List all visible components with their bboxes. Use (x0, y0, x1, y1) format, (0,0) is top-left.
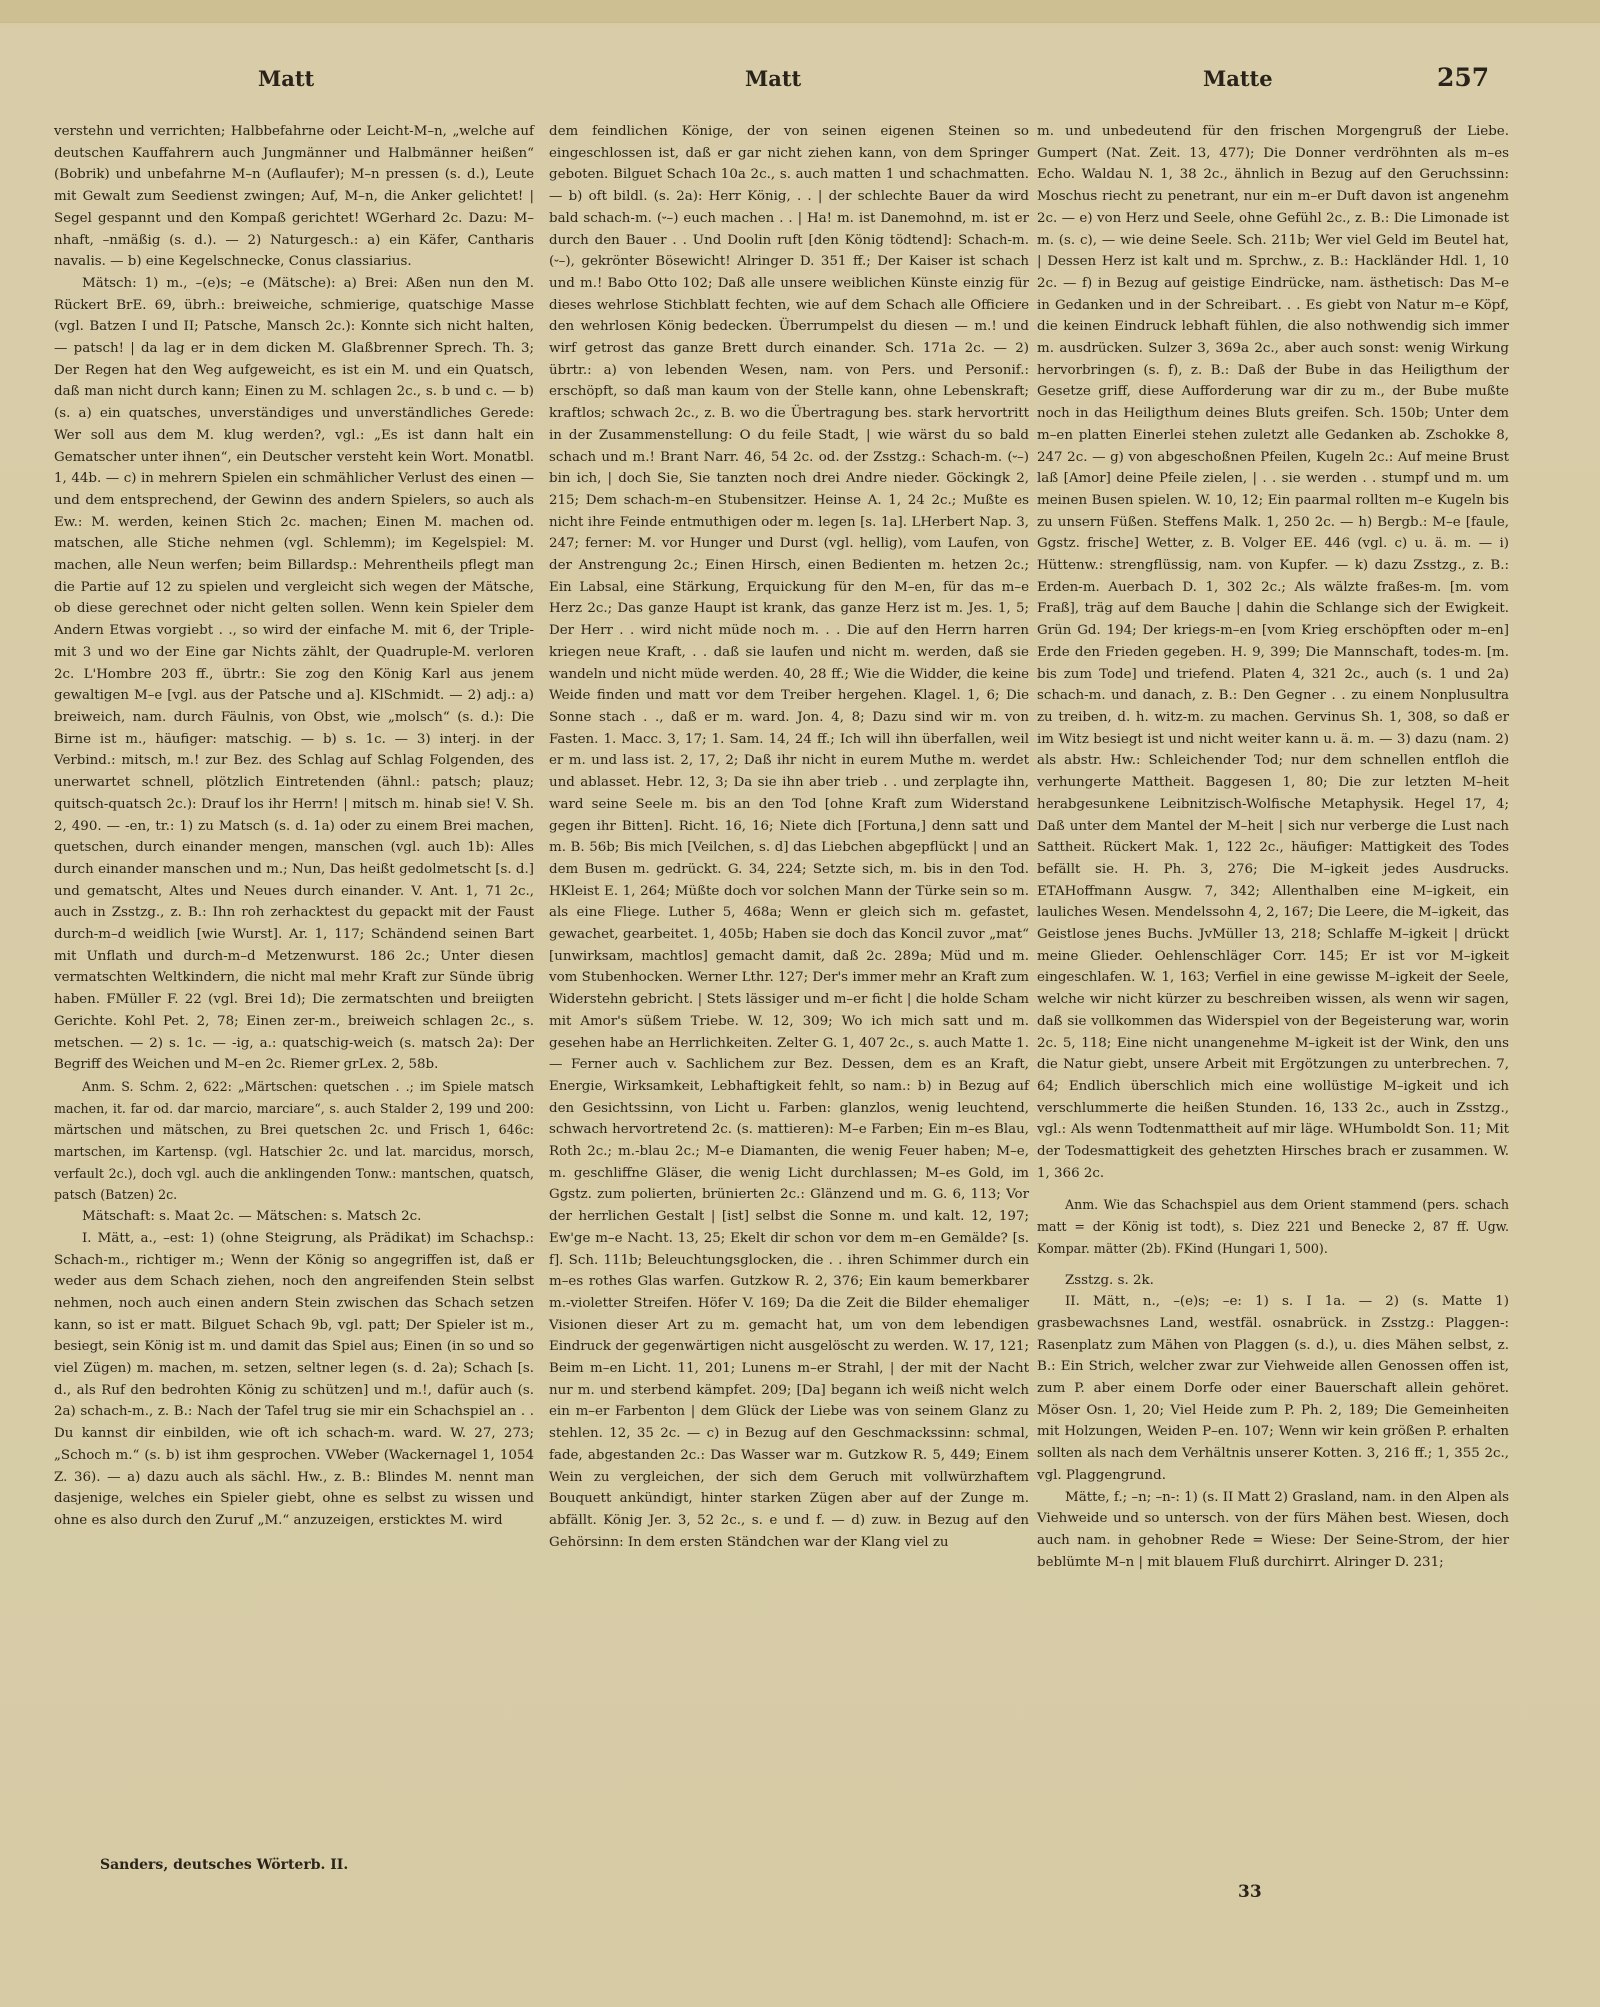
entry-matte: Mätte, f.; –n; –n-: 1) (s. II Matt 2) Gr… (1037, 1487, 1509, 1574)
entry-matt-adj: I. Mätt, a., –est: 1) (ohne Steigrung, a… (54, 1228, 534, 1532)
entry-continuation: verstehn und verrichten; Halbbefahrne od… (54, 121, 534, 273)
text-column-right: m. und unbedeutend für den frischen Morg… (1037, 121, 1509, 1573)
running-header: Matt Matt Matte 257 (0, 66, 1600, 96)
entry-continuation: m. und unbedeutend für den frischen Morg… (1037, 121, 1509, 1184)
running-headword-middle: Matt (745, 66, 801, 91)
running-headword-left: Matt (258, 66, 314, 91)
compound-reference: Zsstzg. s. 2k. (1037, 1270, 1509, 1292)
entry-matt-noun: II. Mätt, n., –(e)s; –e: 1) s. I 1a. — 2… (1037, 1291, 1509, 1486)
text-column-left: verstehn und verrichten; Halbbefahrne od… (54, 121, 534, 1532)
sheet-number: 33 (1238, 1882, 1262, 1902)
text-column-middle: dem feindlichen Könige, der von seinen e… (549, 121, 1029, 1553)
printer-signature: Sanders, deutsches Wörterb. II. (100, 1857, 348, 1873)
entry-matschaft: Mätschaft: s. Maat 2c. — Mätschen: s. Ma… (54, 1206, 534, 1228)
entry-matsch: Mätsch: 1) m., –(e)s; –e (Mätsche): a) B… (54, 273, 534, 1076)
page-top-edge (0, 0, 1600, 23)
running-headword-right: Matte (1203, 66, 1273, 91)
entry-note: Anm. S. Schm. 2, 622: „Märtschen: quetsc… (54, 1076, 534, 1206)
spacer (1037, 1260, 1509, 1270)
page-number: 257 (1437, 63, 1489, 92)
dictionary-page: Matt Matt Matte 257 verstehn und verrich… (0, 0, 1600, 2007)
entry-note: Anm. Wie das Schachspiel aus dem Orient … (1037, 1194, 1509, 1259)
spacer (1037, 1184, 1509, 1194)
entry-continuation: dem feindlichen Könige, der von seinen e… (549, 121, 1029, 1553)
